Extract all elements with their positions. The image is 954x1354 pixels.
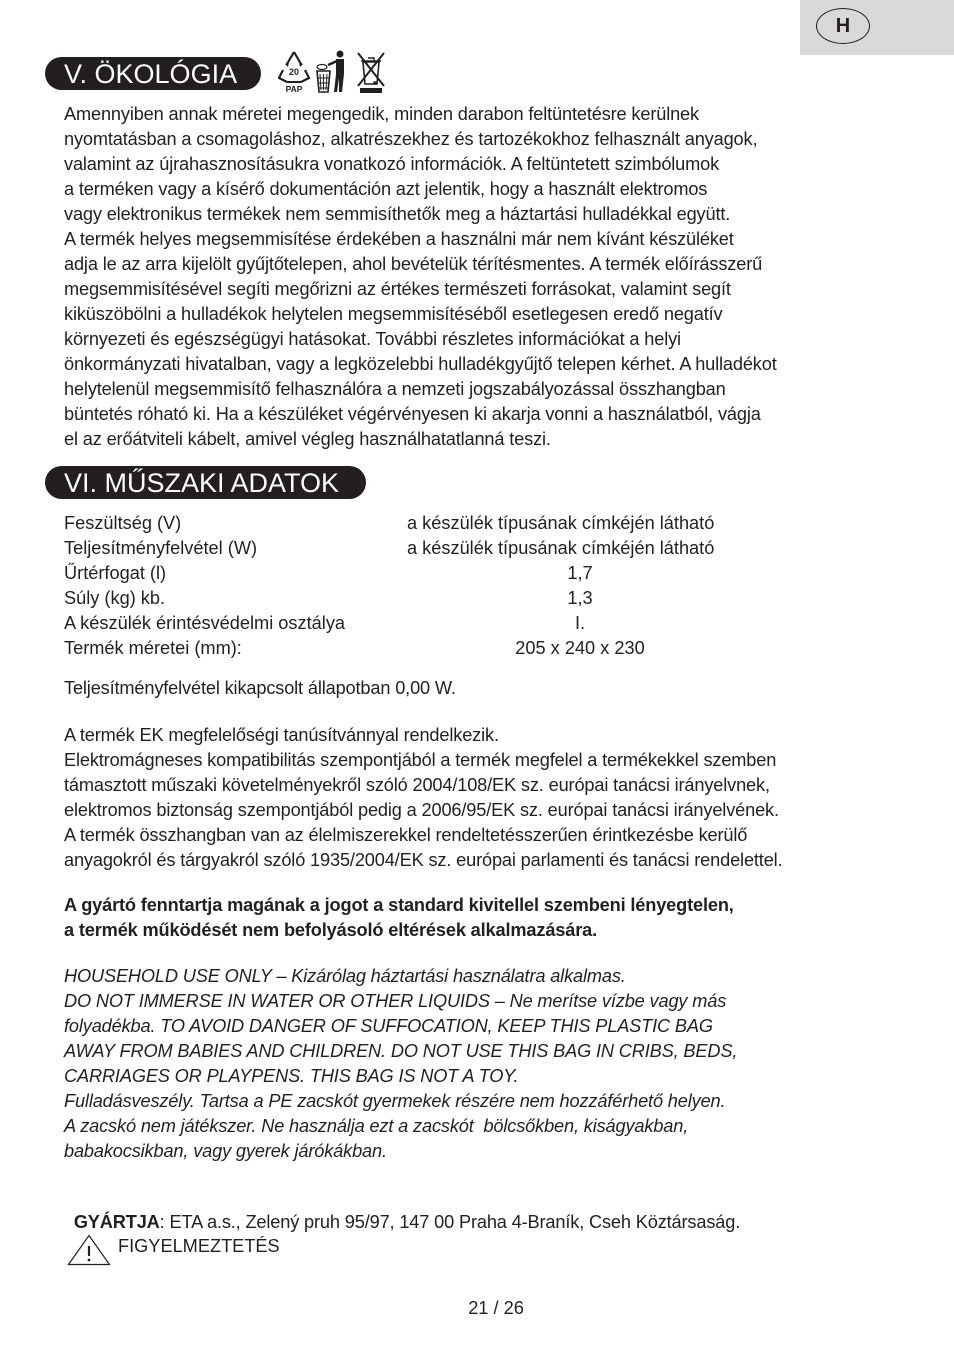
- paragraph-line: A termék helyes megsemmisítése érdekében…: [64, 227, 777, 252]
- spec-label: Teljesítményfelvétel (W): [64, 536, 257, 561]
- spec-row: Súly (kg) kb.1,3: [64, 586, 824, 611]
- paragraph-line: el az erőátviteli kábelt, amivel végleg …: [64, 427, 777, 452]
- spec-value: a készülék típusának címkéjén látható: [407, 536, 753, 561]
- spec-label: Termék méretei (mm):: [64, 636, 242, 661]
- spec-value: a készülék típusának címkéjén látható: [407, 511, 753, 536]
- warning-triangle-icon: [67, 1234, 111, 1266]
- paragraph-line: környezeti és egészségügyi hatásokat. To…: [64, 327, 777, 352]
- paragraph-line: A termék összhangban van az élelmiszerek…: [64, 823, 782, 848]
- paragraph-line: HOUSEHOLD USE ONLY – Kizárólag háztartás…: [64, 964, 737, 989]
- paragraph-line: vagy elektronikus termékek nem semmisíth…: [64, 202, 777, 227]
- spec-row: Teljesítményfelvétel (W)a készülék típus…: [64, 536, 824, 561]
- page-number: 21 / 26: [0, 1298, 954, 1319]
- spec-value: 205 x 240 x 230: [407, 636, 753, 661]
- safety-warnings: HOUSEHOLD USE ONLY – Kizárólag háztartás…: [64, 964, 737, 1164]
- eco-symbols: 20 PAP: [278, 50, 390, 94]
- paragraph-line: megsemmisítésével segíti megőrizni az ér…: [64, 277, 777, 302]
- paragraph-line: Amennyiben annak méretei megengedik, min…: [64, 102, 777, 127]
- svg-text:PAP: PAP: [286, 84, 303, 94]
- paragraph-line: valamint az újrahasznosításukra vonatkoz…: [64, 152, 777, 177]
- tidyman-icon: [317, 51, 344, 93]
- spec-label: Súly (kg) kb.: [64, 586, 165, 611]
- paragraph-line: helytelenül megsemmisítő felhasználóra a…: [64, 377, 777, 402]
- spec-row: Termék méretei (mm):205 x 240 x 230: [64, 636, 824, 661]
- paragraph-line: AWAY FROM BABIES AND CHILDREN. DO NOT US…: [64, 1039, 737, 1064]
- standby-power-text: Teljesítményfelvétel kikapcsolt állapotb…: [64, 676, 456, 701]
- conformity-paragraph: A termék EK megfelelőségi tanúsítvánnyal…: [64, 723, 782, 873]
- paragraph-line: nyomtatásban a csomagoláshoz, alkatrésze…: [64, 127, 777, 152]
- paragraph-line: a terméken vagy a kísérő dokumentáción a…: [64, 177, 777, 202]
- paragraph-line: elektromos biztonság szempontjából pedig…: [64, 798, 782, 823]
- spec-row: A készülék érintésvédelmi osztályaI.: [64, 611, 824, 636]
- paragraph-line: anyagokról és tárgyakról szóló 1935/2004…: [64, 848, 782, 873]
- paragraph-line: A termék EK megfelelőségi tanúsítvánnyal…: [64, 723, 782, 748]
- section-heading-ecology: V. ÖKOLÓGIA: [45, 57, 261, 90]
- ecology-paragraph: Amennyiben annak méretei megengedik, min…: [64, 102, 777, 452]
- spec-label: Feszültség (V): [64, 511, 181, 536]
- spec-value: 1,7: [407, 561, 753, 586]
- paragraph-line: CARRIAGES OR PLAYPENS. THIS BAG IS NOT A…: [64, 1064, 737, 1089]
- section-heading-technical-data: VI. MŰSZAKI ADATOK: [45, 466, 366, 499]
- paragraph-line: a termék működését nem befolyásoló eltér…: [64, 918, 734, 943]
- paragraph-line: babakocsikban, vagy gyerek járókákban.: [64, 1139, 737, 1164]
- warning-label: FIGYELMEZTETÉS: [118, 1236, 280, 1257]
- recycle-paper-icon: 20 PAP: [279, 52, 309, 94]
- paragraph-line: önkormányzati hivatalban, vagy a legköze…: [64, 352, 777, 377]
- paragraph-line: kiküszöbölni a hulladékok helytelen megs…: [64, 302, 777, 327]
- language-badge: H: [816, 8, 870, 44]
- spec-row: Feszültség (V)a készülék típusának címké…: [64, 511, 824, 536]
- manufacturer-address: : ETA a.s., Zelený pruh 95/97, 147 00 Pr…: [160, 1212, 740, 1232]
- spec-label: A készülék érintésvédelmi osztálya: [64, 611, 345, 636]
- paragraph-line: DO NOT IMMERSE IN WATER OR OTHER LIQUIDS…: [64, 989, 737, 1014]
- spec-table: Feszültség (V)a készülék típusának címké…: [64, 511, 824, 661]
- manufacturer-info: GYÁRTJA: ETA a.s., Zelený pruh 95/97, 14…: [64, 1185, 740, 1235]
- spec-label: Űrtérfogat (l): [64, 561, 166, 586]
- paragraph-line: A gyártó fenntartja magának a jogot a st…: [64, 893, 734, 918]
- svg-text:20: 20: [289, 67, 299, 77]
- paragraph-line: Elektromágneses kompatibilitás szempontj…: [64, 748, 782, 773]
- paragraph-line: támasztott műszaki követelményekről szól…: [64, 773, 782, 798]
- spec-value: 1,3: [407, 586, 753, 611]
- spec-row: Űrtérfogat (l)1,7: [64, 561, 824, 586]
- paragraph-line: Fulladásveszély. Tartsa a PE zacskót gye…: [64, 1089, 737, 1114]
- language-tab: H: [800, 0, 954, 55]
- paragraph-line: büntetés róható ki. Ha a készüléket végé…: [64, 402, 777, 427]
- paragraph-line: adja le az arra kijelölt gyűjtőtelepen, …: [64, 252, 777, 277]
- manufacturer-label: GYÁRTJA: [74, 1212, 160, 1232]
- spec-value: I.: [407, 611, 753, 636]
- manufacturer-reservation: A gyártó fenntartja magának a jogot a st…: [64, 893, 734, 943]
- crossed-bin-icon: [358, 53, 384, 93]
- paragraph-line: folyadékba. TO AVOID DANGER OF SUFFOCATI…: [64, 1014, 737, 1039]
- paragraph-line: A zacskó nem játékszer. Ne használja ezt…: [64, 1114, 737, 1139]
